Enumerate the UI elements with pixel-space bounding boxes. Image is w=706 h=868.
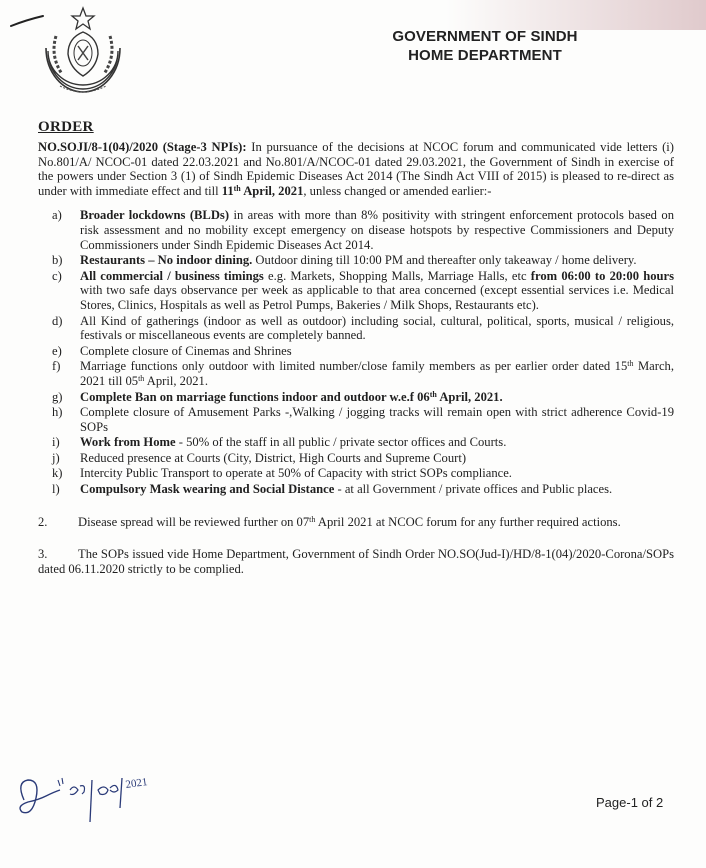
item-label: k) [52, 466, 63, 481]
order-body: NO.SOJI/8-1(04)/2020 (Stage-3 NPIs): In … [38, 140, 674, 576]
effective-until-date: 11th April, 2021 [222, 184, 304, 198]
item-label: e) [52, 344, 62, 359]
item-label: i) [52, 435, 60, 450]
directive-item-a: a)Broader lockdowns (BLDs) in areas with… [38, 208, 674, 252]
page-number: Page-1 of 2 [596, 795, 663, 810]
directive-item-k: k)Intercity Public Transport to operate … [38, 466, 674, 481]
header-department: HOME DEPARTMENT [360, 46, 610, 65]
intro-text-end: , unless changed or amended earlier:- [303, 184, 491, 198]
directive-item-e: e)Complete closure of Cinemas and Shrine… [38, 344, 674, 359]
svg-text:2021: 2021 [125, 776, 148, 791]
directive-item-f: f)Marriage functions only outdoor with l… [38, 359, 674, 388]
header-government: GOVERNMENT OF SINDH [360, 27, 610, 46]
order-title: ORDER [38, 119, 94, 136]
item-label: c) [52, 269, 62, 284]
directive-item-l: l)Compulsory Mask wearing and Social Dis… [38, 482, 674, 497]
directive-item-h: h)Complete closure of Amusement Parks -,… [38, 405, 674, 434]
emblem-icon [38, 6, 128, 106]
directive-item-b: b)Restaurants – No indoor dining. Outdoo… [38, 253, 674, 268]
item-label: b) [52, 253, 63, 268]
directive-item-i: i)Work from Home - 50% of the staff in a… [38, 435, 674, 450]
item-label: h) [52, 405, 63, 420]
paragraph-number: 2. [38, 515, 78, 530]
order-intro: NO.SOJI/8-1(04)/2020 (Stage-3 NPIs): In … [38, 140, 674, 198]
item-label: g) [52, 390, 63, 405]
item-label: l) [52, 482, 60, 497]
directive-item-j: j)Reduced presence at Courts (City, Dist… [38, 451, 674, 466]
directive-item-c: c)All commercial / business timings e.g.… [38, 269, 674, 313]
directive-item-g: g)Complete Ban on marriage functions ind… [38, 390, 674, 405]
item-label: j) [52, 451, 60, 466]
paragraph-2: 2.Disease spread will be reviewed furthe… [38, 515, 674, 530]
handwritten-signature-icon: 2021 [14, 772, 184, 824]
item-label: a) [52, 208, 62, 223]
item-label: f) [52, 359, 60, 374]
directive-item-d: d)All Kind of gatherings (indoor as well… [38, 314, 674, 343]
item-label: d) [52, 314, 63, 329]
paragraph-number: 3. [38, 547, 78, 562]
directive-list: a)Broader lockdowns (BLDs) in areas with… [38, 208, 674, 496]
paragraph-3: 3.The SOPs issued vide Home Department, … [38, 547, 674, 576]
letterhead: GOVERNMENT OF SINDH HOME DEPARTMENT [360, 27, 610, 65]
order-reference-number: NO.SOJI/8-1(04)/2020 (Stage-3 NPIs): [38, 140, 247, 154]
photo-edge-tint [446, 0, 706, 30]
